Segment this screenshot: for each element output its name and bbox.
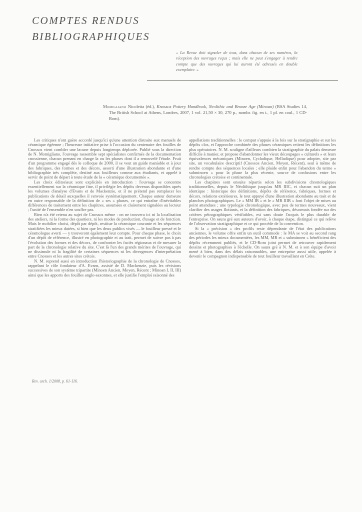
citation-author-firstname: Nicoletta (éd.), <box>126 104 156 109</box>
body-column-left: Les critiques n'ont guère accordé jusqu'… <box>28 138 181 277</box>
body-column-right: appellations traditionnelles : le comput… <box>189 138 336 277</box>
journal-page: COMPTES RENDUS BIBLIOGRAPHIQUES « La Rev… <box>0 0 362 512</box>
paragraph: N. M. reprend aussi en introduction l'hi… <box>28 259 181 278</box>
paragraph: Les critiques n'ont guère accordé jusqu'… <box>28 138 181 180</box>
page-title-line2: BIBLIOGRAPHIQUES <box>32 29 150 45</box>
paragraph: Les choix éditoriaux sont explicités en … <box>28 180 181 213</box>
paragraph: appellations traditionnelles : le comput… <box>189 138 336 180</box>
paragraph: Rien n'a été retenu au sujet de Cnossos … <box>28 212 181 258</box>
paragraph: Les chapitres sont ensuite répartis selo… <box>189 180 336 226</box>
footer-text: Rev. arch. 1/2008, p. 61-116. <box>32 379 78 384</box>
page-title: COMPTES RENDUS BIBLIOGRAPHIQUES <box>32 13 150 45</box>
horizontal-divider <box>147 80 338 81</box>
citation-book-title: Knossos Pottery Handbook, Neolithic and … <box>157 104 274 109</box>
epigraph: « La Revue doit signaler de tous, dans c… <box>176 50 298 73</box>
citation-author: Momigliano <box>103 104 126 109</box>
paragraph: Si la « précision » des profils reste dé… <box>189 226 336 259</box>
review-body: Les critiques n'ont guère accordé jusqu'… <box>28 138 336 277</box>
bibliographic-citation: Momigliano Nicoletta (éd.), Knossos Pott… <box>103 104 307 122</box>
page-title-line1: COMPTES RENDUS <box>32 13 150 29</box>
